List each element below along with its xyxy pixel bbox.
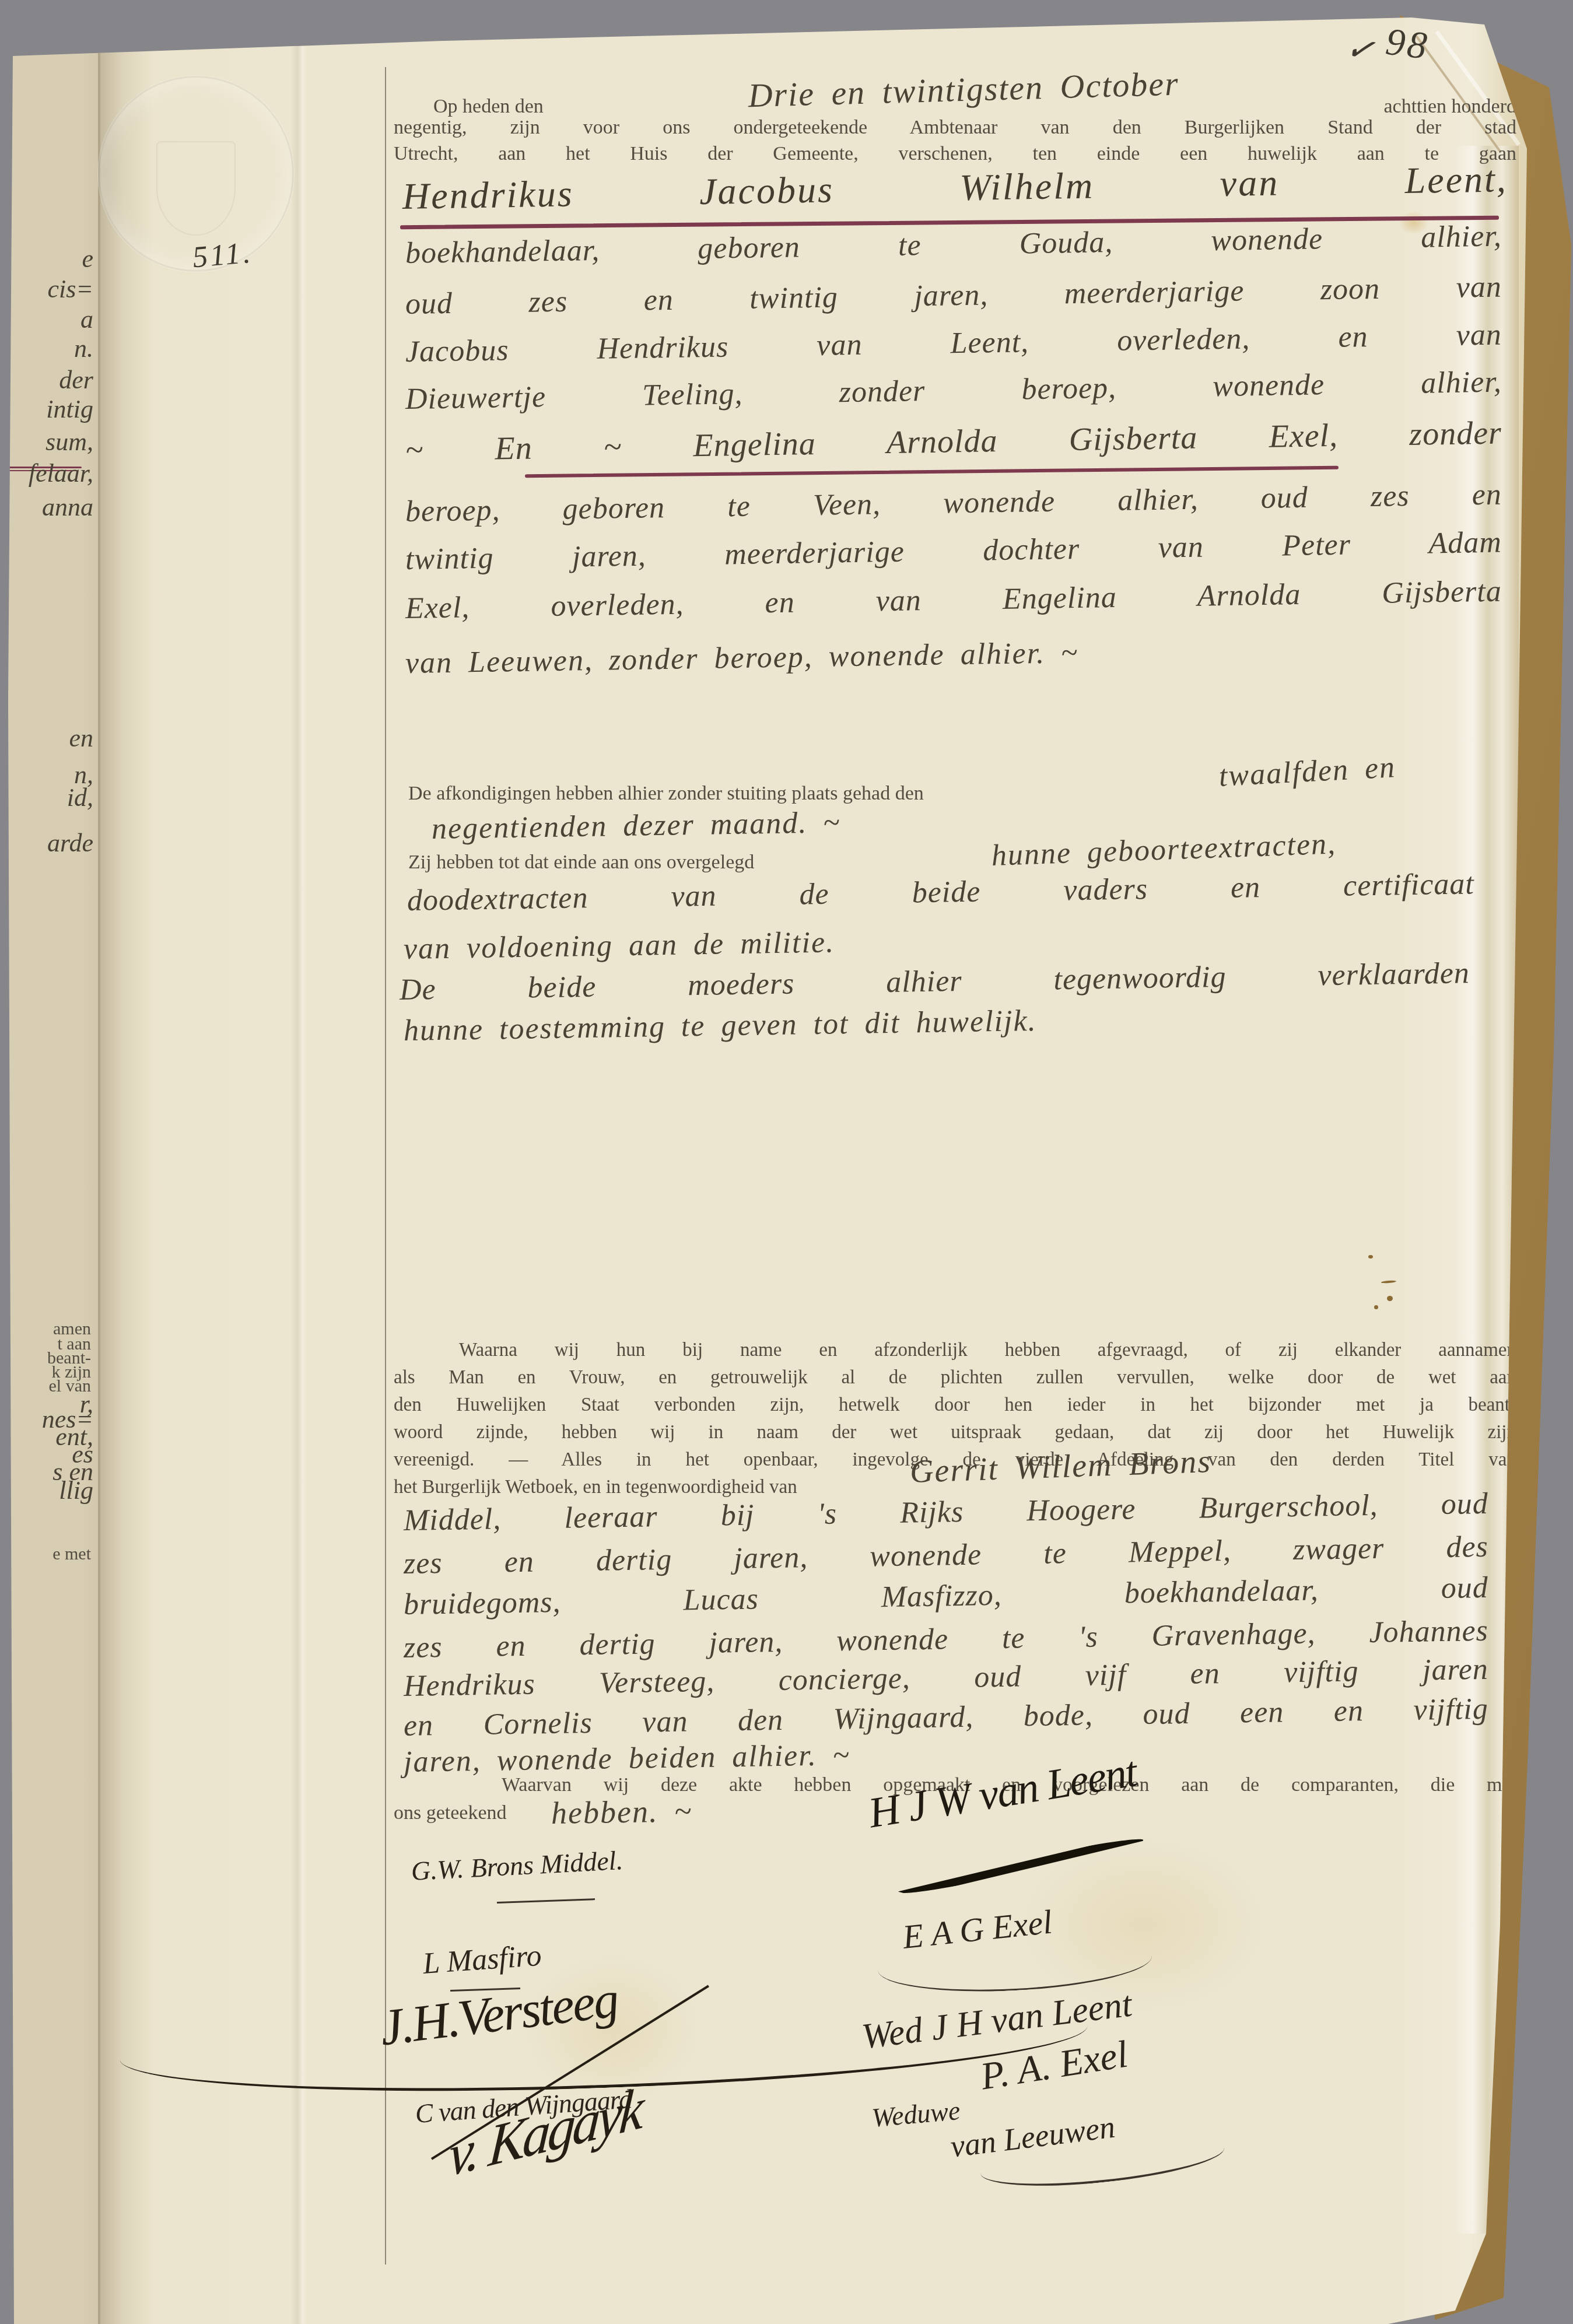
ink-speck xyxy=(1368,1255,1373,1259)
groom-line: Jacobus Hendrikus van Leent, overleden, … xyxy=(405,317,1502,369)
ink-speck xyxy=(1381,1280,1396,1284)
vows-line: woord zijnde, hebben wij in naam der wet… xyxy=(394,1419,1516,1446)
ink-speck xyxy=(1387,1296,1393,1301)
margin-fragment: sum, xyxy=(45,427,93,457)
document-page: e cis= a n. der intig sum, felaar, anna … xyxy=(0,0,1573,2324)
printed-op-heden-den: Op heden den xyxy=(394,96,544,118)
bride-line: beroep, geboren te Veen, wonende alhier,… xyxy=(405,477,1502,529)
bride-line: van Leeuwen, zonder beroep, wonende alhi… xyxy=(405,636,1079,681)
bride-line: Exel, overleden, en van Engelina Arnolda… xyxy=(405,574,1502,626)
vows-line: als Man en Vrouw, en getrouwelijk al de … xyxy=(394,1364,1516,1391)
signature-witness-masfizzo: L Masfiro xyxy=(422,1939,542,1981)
intro-line-2: negentig, zijn voor ons ondergeteekende … xyxy=(394,117,1516,139)
script-geboorteextracten: hunne geboorteextracten, xyxy=(991,826,1337,873)
handwritten-date: Drie en twintigsten October xyxy=(543,58,1384,121)
fold-crease xyxy=(290,35,308,2324)
signature-groom: H J W van Leent xyxy=(865,1747,1140,1838)
margin-fragment: a xyxy=(80,304,93,334)
gutter-shadow xyxy=(98,23,153,2324)
ink-speck xyxy=(1374,1305,1378,1309)
script-twaalfden-en: twaalfden en xyxy=(1218,750,1396,794)
act-number: 511. xyxy=(191,236,254,275)
margin-fragment: cis= xyxy=(47,274,93,304)
margin-fragment: e met xyxy=(52,1544,91,1564)
intro-line-1: Op heden den Drie en twintigsten October… xyxy=(394,82,1516,121)
margin-rule-line xyxy=(385,67,386,2265)
script-toestemming: hunne toestemming te geven tot dit huwel… xyxy=(404,1004,1037,1048)
groom-name: Hendrikus Jacobus Wilhelm van Leent, xyxy=(402,157,1508,218)
signature-witness-brons-middel: G.W. Brons Middel. xyxy=(411,1845,624,1887)
printed-achttien-honderd: achttien honderd xyxy=(1383,96,1516,118)
script-negentienden: negentienden dezer maand. ~ xyxy=(432,805,841,846)
bride-name-line: ~ En ~ Engelina Arnolda Gijsberta Exel, … xyxy=(405,414,1502,469)
photographed-register-page: { "header": { "check_mark": "✓", "page_n… xyxy=(0,0,1573,2324)
groom-line: Dieuwertje Teeling, zonder beroep, wonen… xyxy=(405,364,1502,416)
facing-page-text-fragments: e cis= a n. der intig sum, felaar, anna … xyxy=(0,0,98,2324)
closing-line-2: ons geteekend xyxy=(394,1802,507,1824)
signature-underline xyxy=(497,1898,595,1904)
margin-fragment: en xyxy=(69,723,93,753)
margin-fragment: n. xyxy=(74,334,93,363)
script-hebben: hebben. ~ xyxy=(551,1793,693,1831)
groom-line: oud zes en twintig jaren, meerderjarige … xyxy=(405,269,1502,321)
printed-overgelegd: Zij hebben tot dat einde aan ons overgel… xyxy=(408,851,754,874)
margin-fragment: id, xyxy=(67,783,93,812)
vows-line: Waarna wij hun bij name en afzonderlijk … xyxy=(394,1337,1516,1364)
margin-fragment: arde xyxy=(47,828,93,858)
margin-fragment: der xyxy=(59,365,93,395)
script-militie: van voldoening aan de militie. xyxy=(404,925,835,966)
vows-line: den Huwelijken Staat verbonden zijn, het… xyxy=(394,1391,1516,1419)
signature-bride-mother-prefix: Weduwe xyxy=(871,2095,962,2133)
margin-fragment: llig xyxy=(59,1475,93,1505)
margin-fragment: e xyxy=(82,244,93,274)
embossed-seal-shield xyxy=(156,141,236,236)
bride-line: twintig jaren, meerderjarige dochter van… xyxy=(405,525,1502,577)
page-number: 98 xyxy=(1383,20,1432,69)
margin-fragment: intig xyxy=(46,394,93,424)
margin-fragment: felaar, xyxy=(29,458,93,488)
printed-afkondigingen: De afkondigingen hebben alhier zonder st… xyxy=(408,783,924,805)
script-doodextracten: doodextracten van de beide vaders en cer… xyxy=(407,867,1475,918)
witness-line: jaren, wonende beiden alhier. ~ xyxy=(404,1738,851,1779)
red-underline-bride xyxy=(525,466,1339,478)
margin-fragment: anna xyxy=(42,492,93,522)
